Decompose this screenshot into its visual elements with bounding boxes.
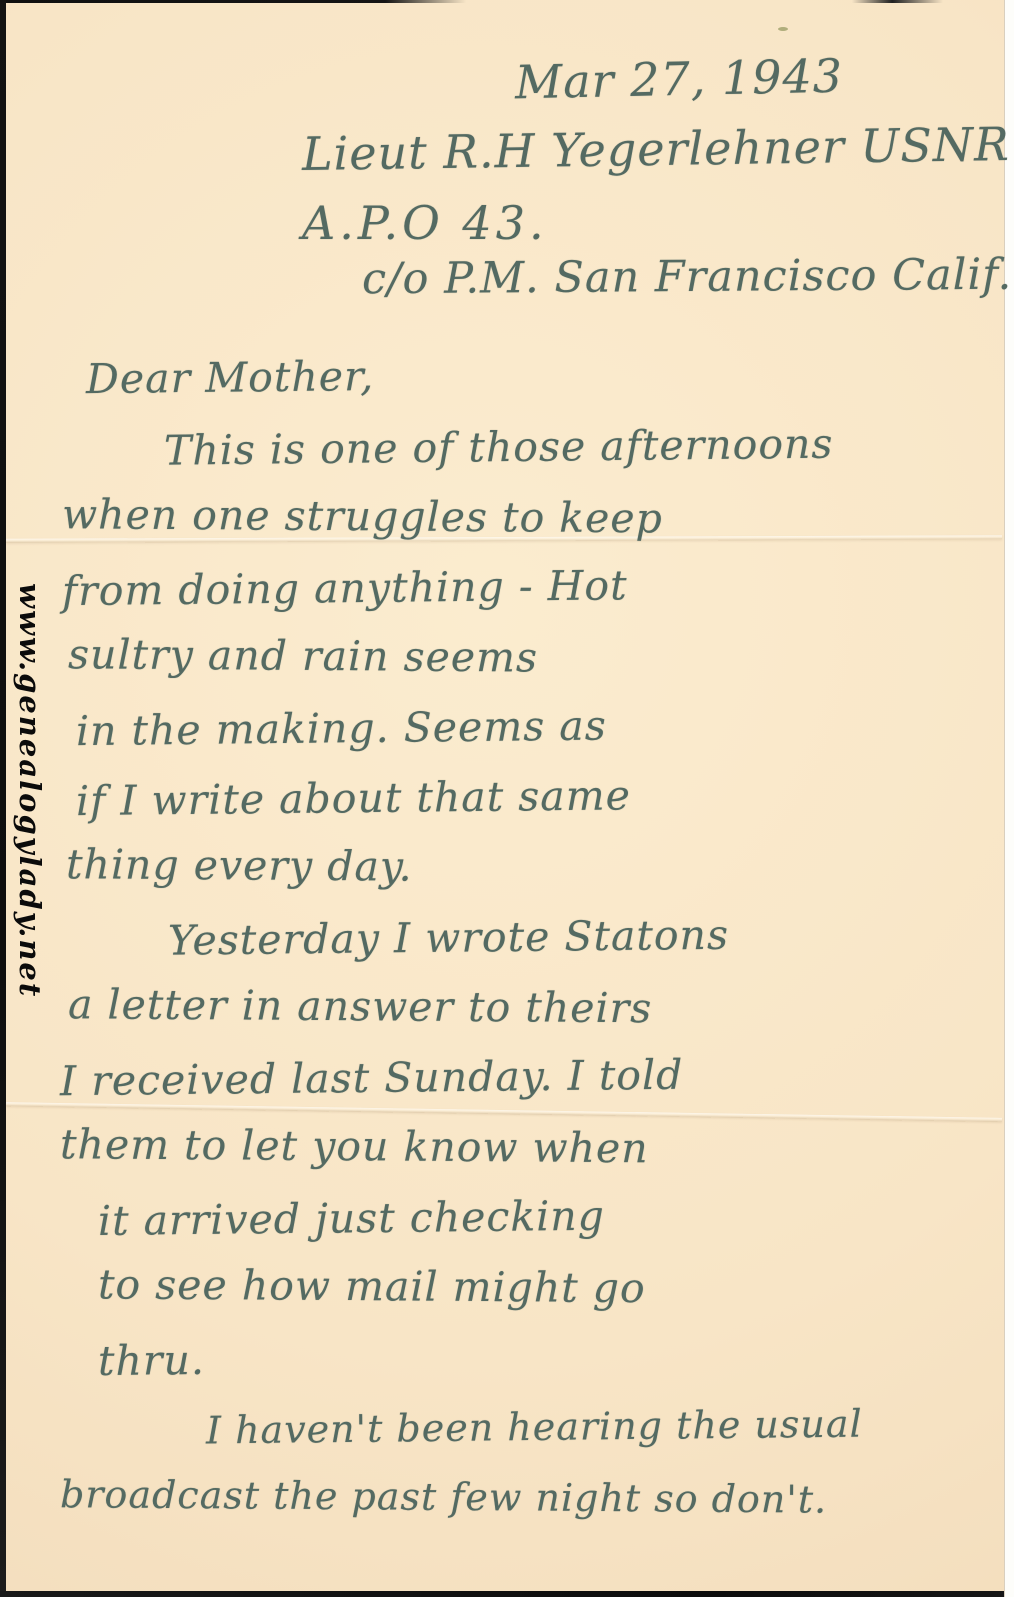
body-line: it arrived just checking [98, 1182, 863, 1260]
body-line: to see how mail might go [98, 1253, 863, 1328]
body-line: from doing anything - Hot [62, 552, 863, 630]
body-line: This is one of those afternoons [164, 412, 863, 489]
scan-background-strip-right [1004, 0, 1014, 1597]
body-line: in the making. Seems as [76, 692, 863, 770]
body-line: when one struggles to keep [62, 483, 863, 559]
scan-edge-top [0, 0, 1014, 3]
scanned-letter-page: www.genealogylady.net Mar 27, 1943 Lieut… [0, 0, 1014, 1597]
body-line: I received last Sunday. I told [60, 1042, 863, 1120]
body-line: thing every day. [66, 833, 863, 909]
letter-sender: Lieut R.H Yegerlehner USNR [302, 117, 1010, 181]
letter-apo-address: A.P.O 43. [302, 196, 548, 250]
body-line: broadcast the past few night so don't. [60, 1463, 863, 1539]
scan-edge-bottom [0, 1591, 1014, 1597]
letter-care-of-address: c/o P.M. San Francisco Calif. [362, 250, 1013, 305]
paper-speck [778, 27, 788, 31]
letter-salutation: Dear Mother, [86, 340, 863, 420]
body-line: thru. [98, 1322, 863, 1400]
scan-edge-left [0, 0, 6, 1597]
body-line: if I write about that same [76, 762, 863, 840]
letter-body: Dear Mother, This is one of those aftern… [56, 344, 863, 1536]
watermark-genealogylady: www.genealogylady.net [13, 583, 47, 998]
body-line: a letter in answer to theirs [68, 973, 863, 1049]
body-line: Yesterday I wrote Statons [168, 902, 863, 979]
body-line: sultry and rain seems [68, 623, 863, 699]
letter-date: Mar 27, 1943 [514, 49, 843, 110]
body-line: them to let you know when [60, 1113, 863, 1189]
body-line: I haven't been hearing the usual [206, 1393, 863, 1470]
